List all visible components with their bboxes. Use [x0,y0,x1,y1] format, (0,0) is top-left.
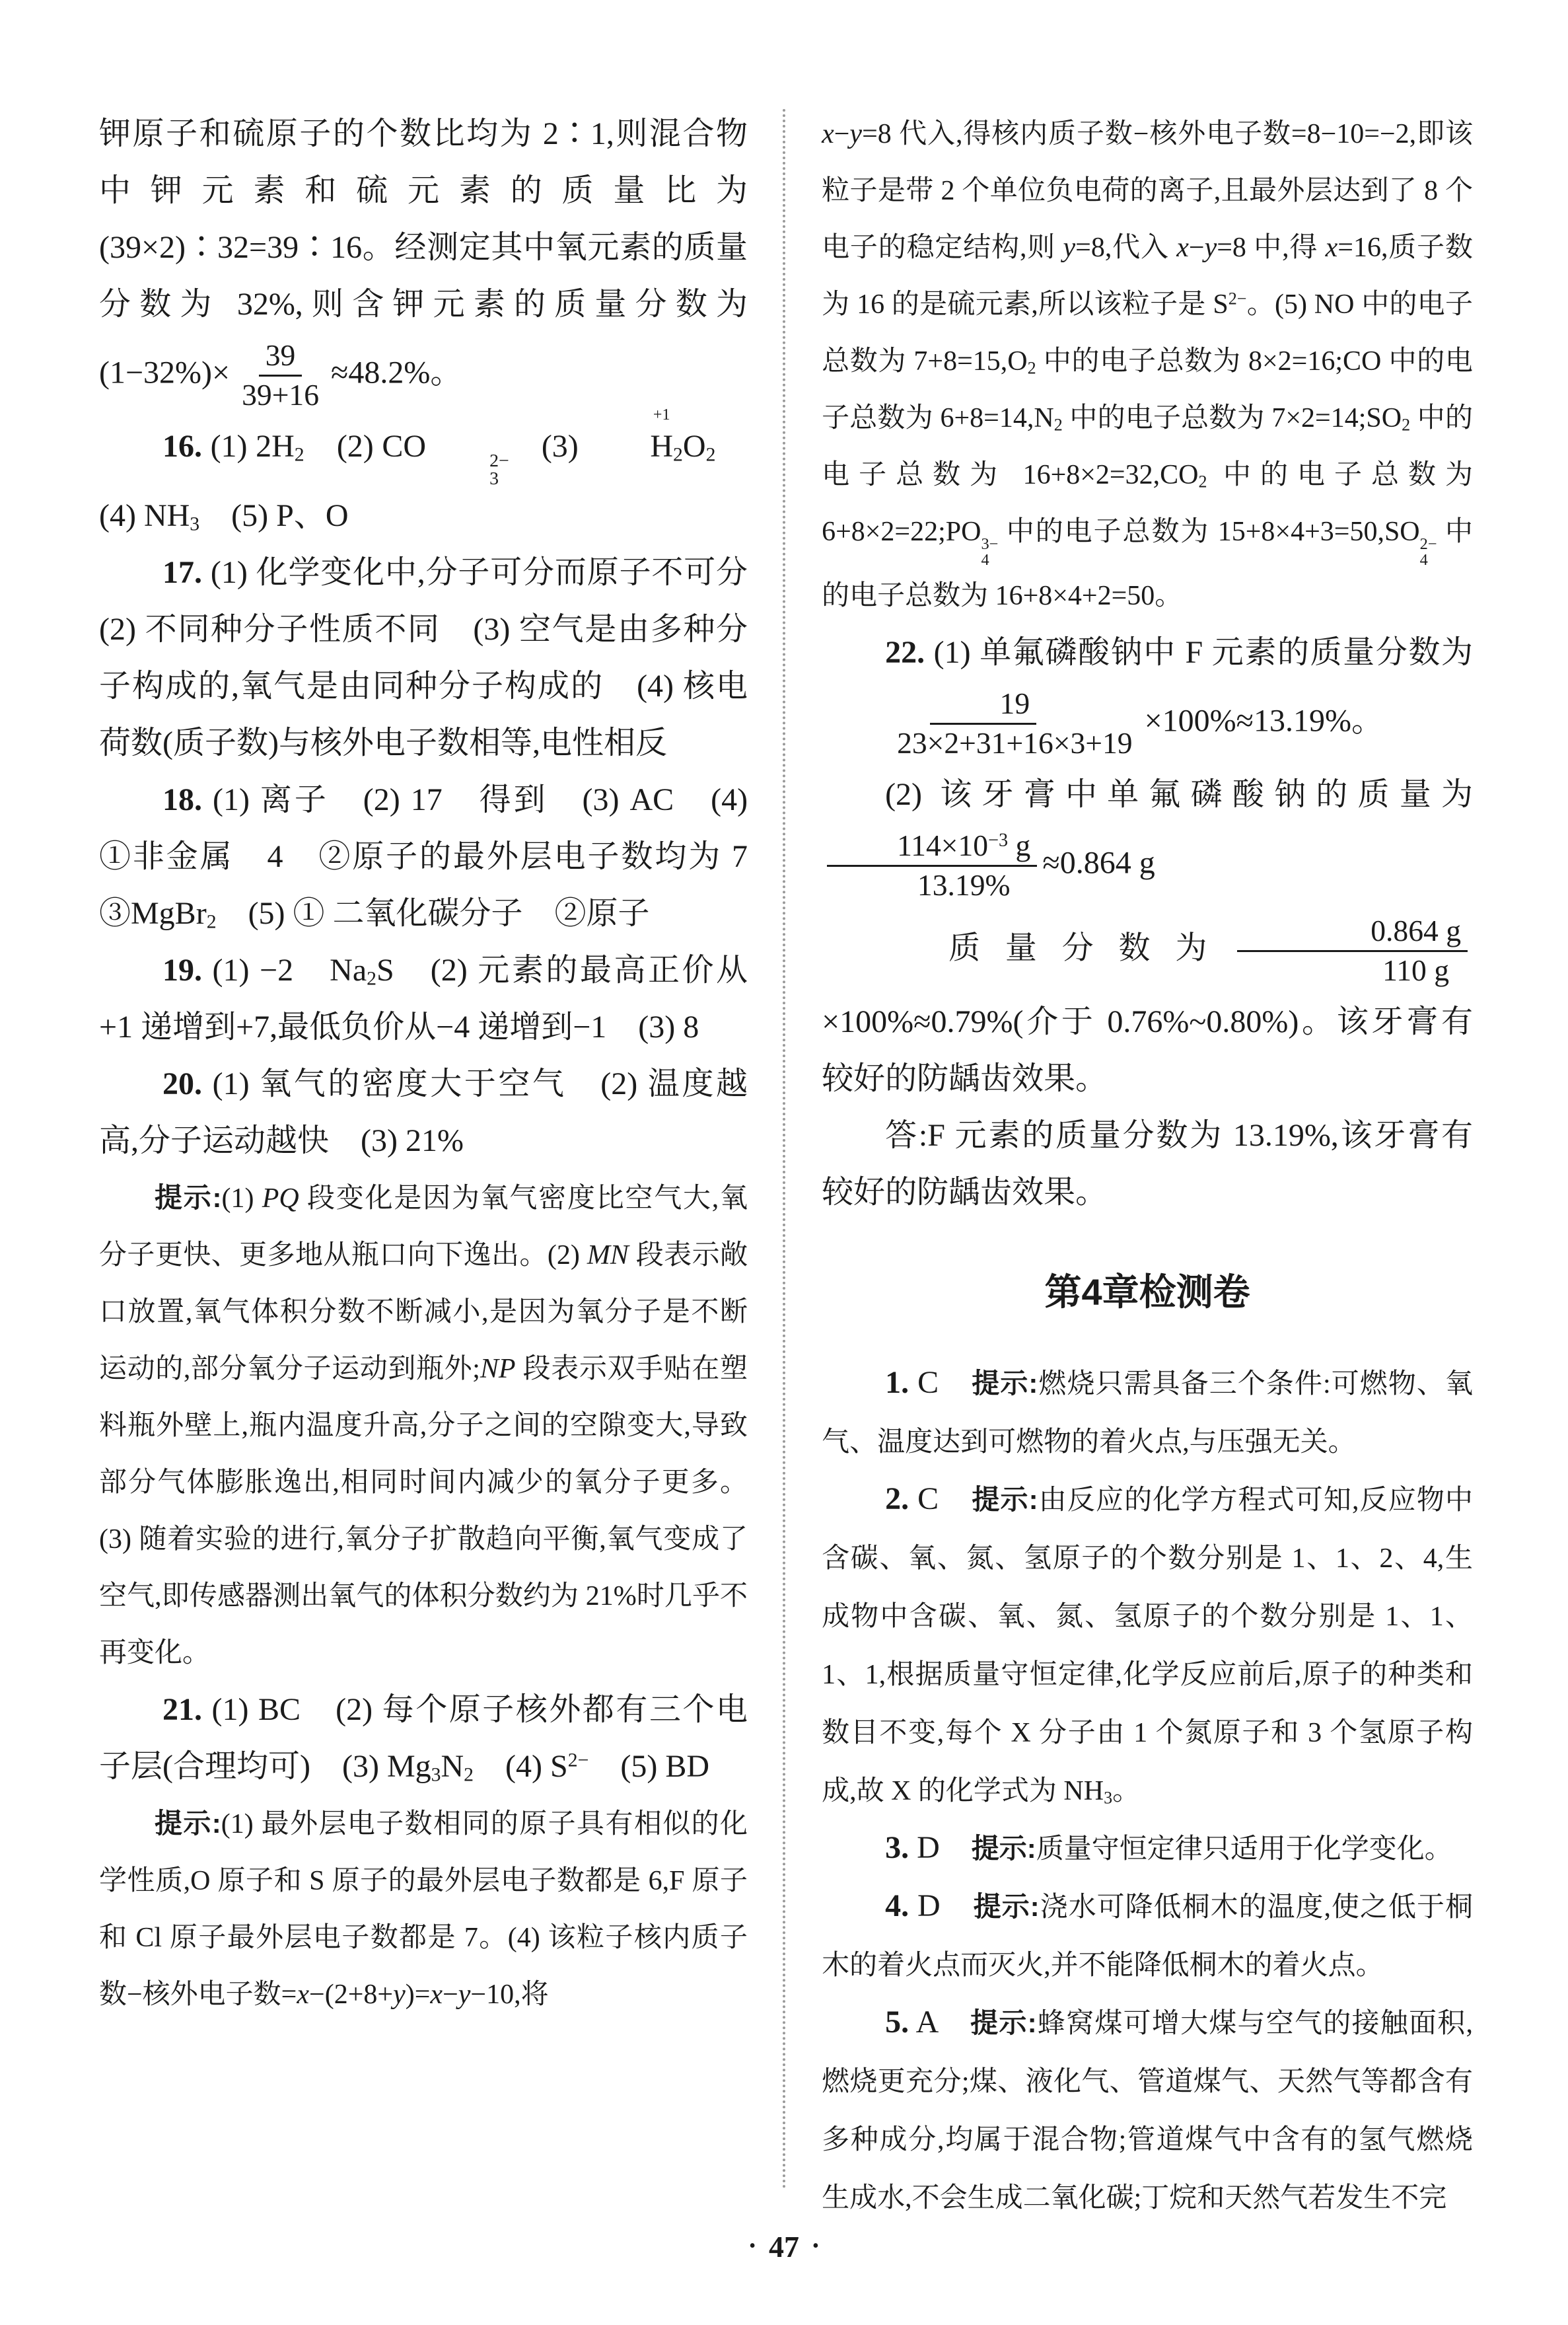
text-run: g [1008,829,1030,862]
text-run: (1) [222,1183,262,1214]
math-variable: y [458,1979,471,2010]
text-run: 39 [266,338,296,372]
paragraph: 提示:(1) 最外层电子数相同的原子具有相似的化学性质,O 原子和 S 原子的最… [99,1795,748,2023]
text-run: (4) S [474,1749,568,1784]
superscript: 2− [568,1750,589,1771]
text-run: 23×2+31+16×3+19 [897,726,1133,760]
paragraph: 1. C 提示:燃烧只需具备三个条件:可燃物、氧气、温度达到可燃物的着火点,与压… [822,1354,1473,1471]
fraction-denominator: 39+16 [235,377,326,414]
subscript: 2 [706,444,716,466]
paragraph: 20. (1) 氧气的密度大于空气 (2) 温度越高,分子运动越快 (3) 21… [99,1056,748,1169]
text-run: ≈48.2%。 [331,355,462,390]
text-run: 114×10 [897,829,988,862]
text-run: N [441,1749,464,1784]
fraction-denominator: 23×2+31+16×3+19 [827,725,1139,762]
hint-label: 提示: [974,1891,1040,1922]
text-columns: 钾原子和硫原子的个数比均为 2∶1,则混合物中钾元素和硫元素的质量比为(39×2… [99,106,1473,2227]
paragraph: 2. C 提示:由反应的化学方程式可知,反应物中含碳、氧、氮、氢原子的个数分别是… [822,1471,1473,1820]
text-run: (2) CO [304,429,426,464]
paragraph: 答:F 元素的质量分数为 13.19%,该牙膏有较好的防龋齿效果。 [822,1107,1473,1221]
subscript: 3 [190,513,199,535]
fraction: 0.864 g110 g [1237,912,1468,990]
text-run: (1) −2 Na [202,953,367,988]
page-footer: •47• [0,2229,1568,2264]
math-variable: y [393,1979,406,2010]
paragraph: (2) 该牙膏中单氟磷酸钠的质量为114×10−3 g13.19%≈0.864 … [822,766,1473,908]
ion-charge-stack: 2−3 [426,453,509,488]
subscript: 3 [431,1764,441,1786]
math-variable: y [849,119,862,149]
text-run: 段表示双手贴在塑料瓶外壁上,瓶内温度升高,分子之间的空隙变大,导致部分气体膨胀逸… [99,1354,748,1668]
fraction-numerator: 19 [930,685,1037,725]
paragraph: 19. (1) −2 Na2S (2) 元素的最高正价从+1 递增到+7,最低负… [99,942,748,1056]
math-variable: NP [480,1354,516,1384]
text-run: 0.864 g [1371,914,1461,947]
math-variable: y [1205,233,1217,263]
text-run: )= [406,1979,431,2010]
math-variable: x [297,1979,309,2010]
text-run: ×100%≈0.79%(介于 0.76%~0.80%)。该牙膏有较好的防龋齿效果… [822,1004,1473,1096]
paragraph: x−y=8 代入,得核内质子数−核外电子数=8−10=−2,即该粒子是带 2 个… [822,106,1473,624]
paragraph: 21. (1) BC (2) 每个原子核外都有三个电子层(合理均可) (3) M… [99,1681,748,1795]
text-run: (5) ① 二氧化碳分子 ②原子 [217,896,650,931]
ion-charge-stack: 3−4 [981,536,998,567]
superscript: 2− [426,453,509,470]
answer-number: 19. [162,953,202,988]
math-variable: x [1176,233,1189,263]
paragraph: 质量分数为0.864 g110 g×100%≈0.79%(介于 0.76%~0.… [822,908,1473,1107]
fraction: 3939+16 [235,337,326,414]
page-number: 47 [769,2230,799,2264]
superscript: 3− [981,536,998,552]
answer-number: 3. [885,1830,909,1865]
text-run: − [443,1979,458,2010]
right-column: x−y=8 代入,得核内质子数−核外电子数=8−10=−2,即该粒子是带 2 个… [822,106,1473,2227]
answer-number: 18. [162,782,202,817]
superscript: 2− [1420,536,1437,552]
subscript: 2 [464,1764,474,1786]
text-run: − [834,119,850,149]
valence-mark: +1H [587,418,673,475]
answer-number: 16. [162,429,202,464]
text-run: 19 [1000,686,1030,720]
paragraph: 22. (1) 单氟磷酸钠中 F 元素的质量分数为1923×2+31+16×3+… [822,624,1473,766]
hint-label: 提示: [972,1833,1036,1864]
text-run: 钾原子和硫原子的个数比均为 2∶1,则混合物中钾元素和硫元素的质量比为(39×2… [99,116,748,390]
footer-dot-left: • [749,2236,756,2256]
paragraph: 提示:(1) PQ 段变化是因为氧气密度比空气大,氧分子更快、更多地从瓶口向下逸… [99,1169,748,1681]
paragraph: 16. (1) 2H2 (2) CO2−3 (3) +1H2O2 (4) NH3… [99,418,748,544]
text-run: −(2+8+ [309,1979,393,2010]
math-variable: x [1326,233,1338,263]
fraction-numerator: 0.864 g [1237,912,1468,952]
text-run: (3) [509,429,587,464]
text-run: C [909,1481,972,1516]
text-run: − [1189,233,1205,263]
fraction: 114×10−3 g13.19% [827,827,1037,904]
fraction-denominator: 110 g [1249,952,1456,990]
subscript: 2 [1402,416,1410,435]
answer-key-page: 钾原子和硫原子的个数比均为 2∶1,则混合物中钾元素和硫元素的质量比为(39×2… [0,0,1568,2325]
paragraph: 钾原子和硫原子的个数比均为 2∶1,则混合物中钾元素和硫元素的质量比为(39×2… [99,106,748,418]
fraction-denominator: 13.19% [847,867,1017,904]
hint-text: 质量守恒定律只适用于化学变化。 [1036,1834,1452,1864]
answer-number: 2. [885,1481,909,1516]
fraction-numerator: 39 [259,337,303,377]
answer-number: 17. [162,555,202,590]
text-run: 39+16 [242,378,319,412]
text-run: C [909,1365,972,1400]
hint-label: 提示: [970,2007,1036,2038]
subscript: 2 [207,911,217,933]
paragraph: 4. D 提示:浇水可降低桐木的温度,使之低于桐木的着火点而灭火,并不能降低桐木… [822,1878,1473,1994]
text-run: 110 g [1382,953,1449,987]
subscript: 2 [1028,359,1036,378]
answer-number: 20. [162,1066,202,1101]
hint-label: 提示: [972,1368,1038,1399]
fraction: 1923×2+31+16×3+19 [827,685,1139,762]
paragraph: 17. (1) 化学变化中,分子可分而原子不可分 (2) 不同种分子性质不同 (… [99,544,748,772]
subscript: 4 [981,552,989,568]
answer-number: 5. [885,2005,909,2040]
footer-dot-right: • [812,2236,819,2256]
text-run: 质量分数为 [948,930,1232,965]
hint-label: 提示: [972,1484,1038,1515]
text-run: A [909,2005,970,2040]
text-run: (1) 2H [202,429,295,464]
hint-text: 。 [1112,1776,1140,1806]
subscript: 4 [1420,552,1428,568]
text-run: ≈0.864 g [1042,845,1155,880]
text-run: =8,代入 [1075,233,1176,263]
text-run: (5) BD [588,1749,709,1784]
paragraph: 3. D 提示:质量守恒定律只适用于化学变化。 [822,1820,1473,1878]
hint-label: 提示: [155,1182,222,1213]
paragraph: 5. A 提示:蜂窝煤可增大煤与空气的接触面积,燃烧更充分;煤、液化气、管道煤气… [822,1994,1473,2227]
subscript: 2 [1054,416,1063,435]
subscript: 2 [1198,472,1207,492]
text-run: ×100%≈13.19%。 [1145,703,1383,738]
answer-number: 22. [885,635,925,670]
paragraph: 18. (1) 离子 (2) 17 得到 (3) AC (4) ①非金属 4 ②… [99,772,748,942]
subscript: 2 [673,444,683,466]
math-variable: y [1063,233,1076,263]
valence-value: +1 [590,408,670,423]
answer-number: 4. [885,1888,909,1923]
left-column: 钾原子和硫原子的个数比均为 2∶1,则混合物中钾元素和硫元素的质量比为(39×2… [99,106,748,2227]
subscript: 2 [367,968,376,990]
math-variable: MN [587,1240,629,1271]
fraction-numerator: 114×10−3 g [827,827,1037,867]
text-run: O [683,429,706,464]
text-run: (5) P、O [199,498,348,533]
text-run: 第4章检测卷 [1044,1271,1250,1313]
text-run: 答:F 元素的质量分数为 13.19%,该牙膏有较好的防龋齿效果。 [822,1118,1473,1210]
ion-charge-stack: 2−4 [1420,536,1437,567]
answer-number: 21. [162,1692,202,1727]
text-run: (2) 该牙膏中单氟磷酸钠的质量为 [885,777,1473,812]
math-variable: PQ [262,1183,299,1214]
subscript: 2 [295,444,304,466]
section-heading: 第4章检测卷 [822,1262,1473,1323]
text-run: 中的电子总数为 15+8×4+3=50,SO [998,517,1419,547]
superscript: 2− [1229,289,1247,308]
column-divider [783,109,785,2190]
text-run: 中的电子总数为 7×2=14;SO [1063,403,1402,433]
text-run: (1) 单氟磷酸钠中 F 元素的质量分数为 [925,635,1473,670]
math-variable: x [430,1979,443,2010]
answer-number: 1. [885,1365,909,1400]
math-variable: x [822,119,834,149]
text-run: D [909,1830,972,1865]
text-run: 13.19% [917,868,1011,902]
superscript: −3 [988,830,1008,850]
subscript: 3 [426,470,499,488]
text-run: D [909,1888,974,1923]
subscript: 3 [1104,1788,1112,1807]
text-run: −10,将 [470,1979,548,2010]
hint-text: 由反应的化学方程式可知,反应物中含碳、氧、氮、氢原子的个数分别是 1、1、2、4… [822,1485,1473,1806]
text-run: =8 中,得 [1217,233,1325,263]
hint-label: 提示: [155,1808,221,1839]
